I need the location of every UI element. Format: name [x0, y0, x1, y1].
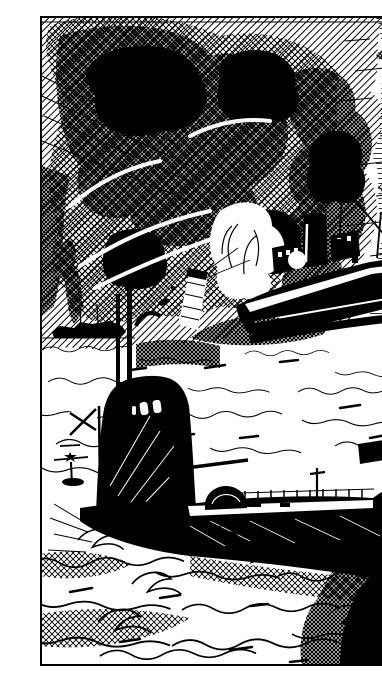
arch-vent [288, 251, 306, 269]
stern-flag [358, 440, 382, 464]
engraving-illustration [40, 16, 382, 666]
gunner-head [173, 455, 183, 465]
periscope-fore [116, 294, 120, 388]
periscope-main [127, 290, 132, 388]
flag-staff [99, 406, 100, 491]
